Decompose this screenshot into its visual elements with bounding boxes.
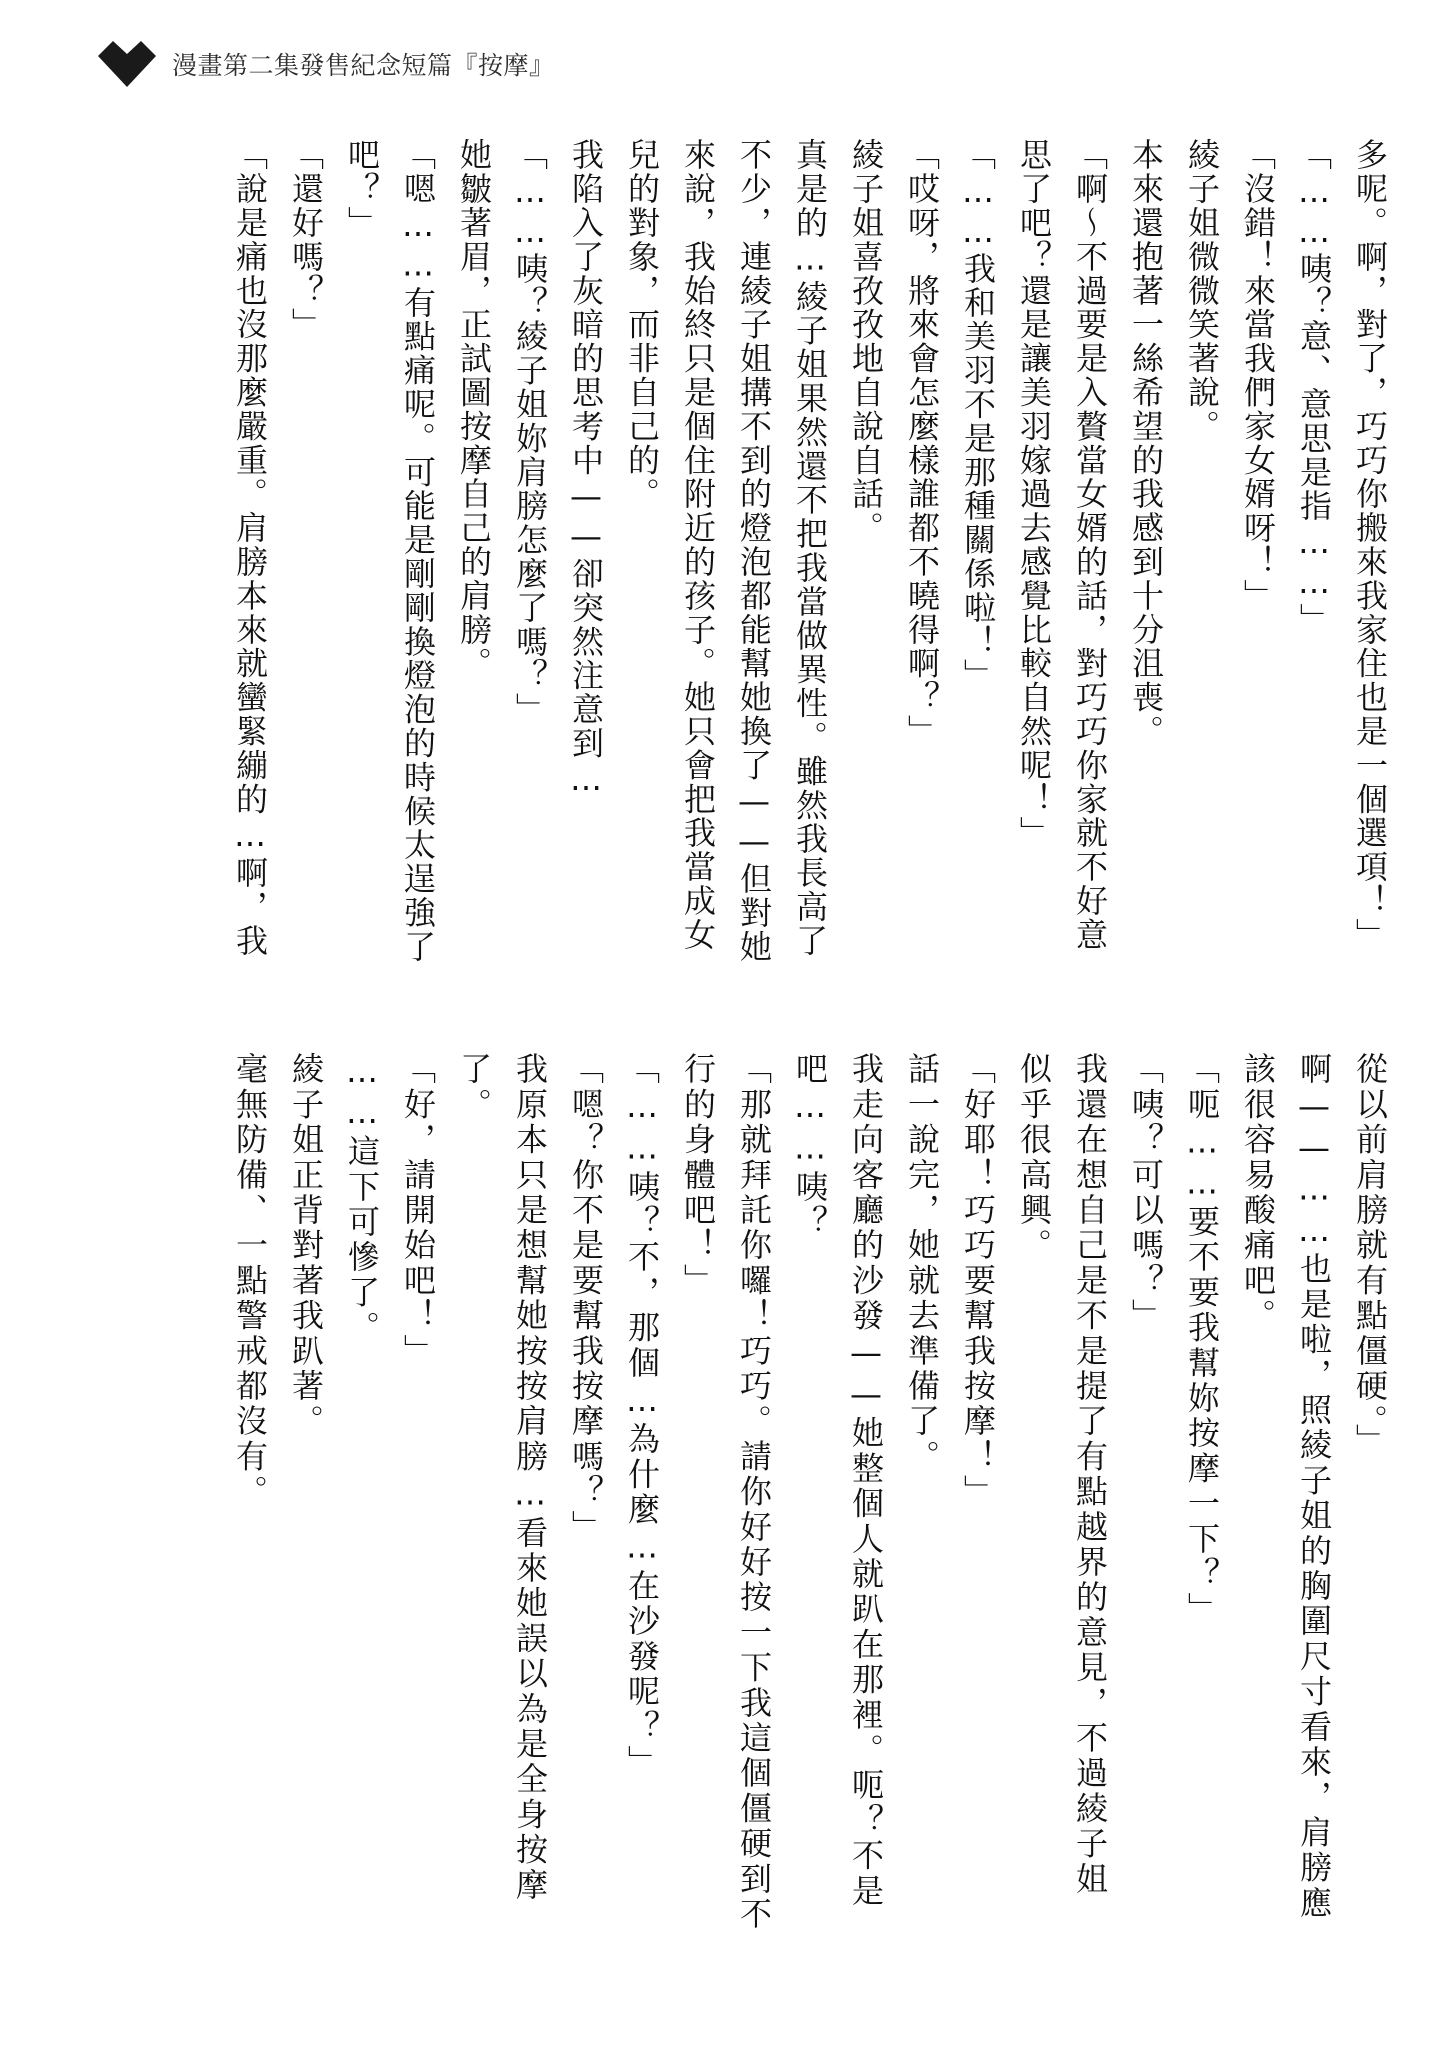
text-column: 來說，我始終只是個住附近的孩子。她只會把我當成女 — [670, 138, 726, 1008]
text-column: 「嗯……有點痛呢。可能是剛剛換燈泡的時候太逞強了 — [390, 138, 446, 1008]
text-column: 「沒錯！來當我們家女婿呀！」 — [1230, 138, 1286, 1008]
text-column: 話一說完，她就去準備了。 — [894, 1052, 950, 1952]
text-block-top: 多呢。啊，對了，巧巧你搬來我家住也是一個選項！」 「……咦？意、意思是指……」 … — [98, 138, 1398, 1008]
text-column: 「……咦？不，那個…為什麼…在沙發呢？」 — [614, 1052, 670, 1952]
text-column: 我陷入了灰暗的思考中——卻突然注意到… — [558, 138, 614, 1008]
text-column: 「好耶！巧巧要幫我按摩！」 — [950, 1052, 1006, 1952]
text-column: 真是的…綾子姐果然還不把我當做異性。雖然我長高了 — [782, 138, 838, 1008]
text-column: 「好，請開始吧！」 — [390, 1052, 446, 1952]
text-block-bottom: 從以前肩膀就有點僵硬。」 啊——……也是啦，照綾子姐的胸圍尺寸看來，肩膀應 該很… — [98, 1052, 1398, 1952]
text-column: 我還在想自己是不是提了有點越界的意見，不過綾子姐 — [1062, 1052, 1118, 1952]
text-column: 「還好嗎？」 — [278, 138, 334, 1008]
text-column: 不少，連綾子姐搆不到的燈泡都能幫她換了——但對她 — [726, 138, 782, 1008]
text-column: 「……咦？綾子姐妳肩膀怎麼了嗎？」 — [502, 138, 558, 1008]
text-column: 啊——……也是啦，照綾子姐的胸圍尺寸看來，肩膀應 — [1286, 1052, 1342, 1952]
text-column: 「咦？可以嗎？」 — [1118, 1052, 1174, 1952]
text-column: 她皺著眉，正試圖按摩自己的肩膀。 — [446, 138, 502, 1008]
heart-icon — [98, 39, 156, 89]
text-column: 「哎呀，將來會怎麼樣誰都不曉得啊？」 — [894, 138, 950, 1008]
text-column: 「嗯？你不是要幫我按摩嗎？」 — [558, 1052, 614, 1952]
chapter-title: 漫畫第二集發售紀念短篇『按摩』 — [172, 46, 555, 82]
text-column: 多呢。啊，對了，巧巧你搬來我家住也是一個選項！」 — [1342, 138, 1398, 1008]
text-column: ……這下可慘了。 — [334, 1052, 390, 1952]
text-column: 毫無防備、一點警戒都沒有。 — [222, 1052, 278, 1952]
text-column: 該很容易酸痛吧。 — [1230, 1052, 1286, 1952]
text-column: 吧？」 — [334, 138, 390, 1008]
text-column: 從以前肩膀就有點僵硬。」 — [1342, 1052, 1398, 1952]
text-column: 吧……咦？ — [782, 1052, 838, 1952]
text-column: 「呃……要不要我幫妳按摩一下？」 — [1174, 1052, 1230, 1952]
text-column: 了。 — [446, 1052, 502, 1952]
text-column: 「……我和美羽不是那種關係啦！」 — [950, 138, 1006, 1008]
text-column: 「啊～不過要是入贅當女婿的話，對巧巧你家就不好意 — [1062, 138, 1118, 1008]
text-column: 綾子姐微微笑著說。 — [1174, 138, 1230, 1008]
text-column: 似乎很高興。 — [1006, 1052, 1062, 1952]
text-column: 本來還抱著一絲希望的我感到十分沮喪。 — [1118, 138, 1174, 1008]
text-column: 「說是痛也沒那麼嚴重。肩膀本來就蠻緊繃的…啊，我 — [222, 138, 278, 1008]
text-column: 兒的對象，而非自己的。 — [614, 138, 670, 1008]
text-column: 「那就拜託你囉！巧巧。請你好好按一下我這個僵硬到不 — [726, 1052, 782, 1952]
text-column: 思了吧？還是讓美羽嫁過去感覺比較自然呢！」 — [1006, 138, 1062, 1008]
text-column: 「……咦？意、意思是指……」 — [1286, 138, 1342, 1008]
text-column: 行的身體吧！」 — [670, 1052, 726, 1952]
text-column: 我原本只是想幫她按按肩膀…看來她誤以為是全身按摩 — [502, 1052, 558, 1952]
text-column: 綾子姐正背對著我趴著。 — [278, 1052, 334, 1952]
text-column: 綾子姐喜孜孜地自說自話。 — [838, 138, 894, 1008]
page-header: 漫畫第二集發售紀念短篇『按摩』 — [98, 38, 555, 90]
text-column: 我走向客廳的沙發——她整個人就趴在那裡。呃？不是 — [838, 1052, 894, 1952]
